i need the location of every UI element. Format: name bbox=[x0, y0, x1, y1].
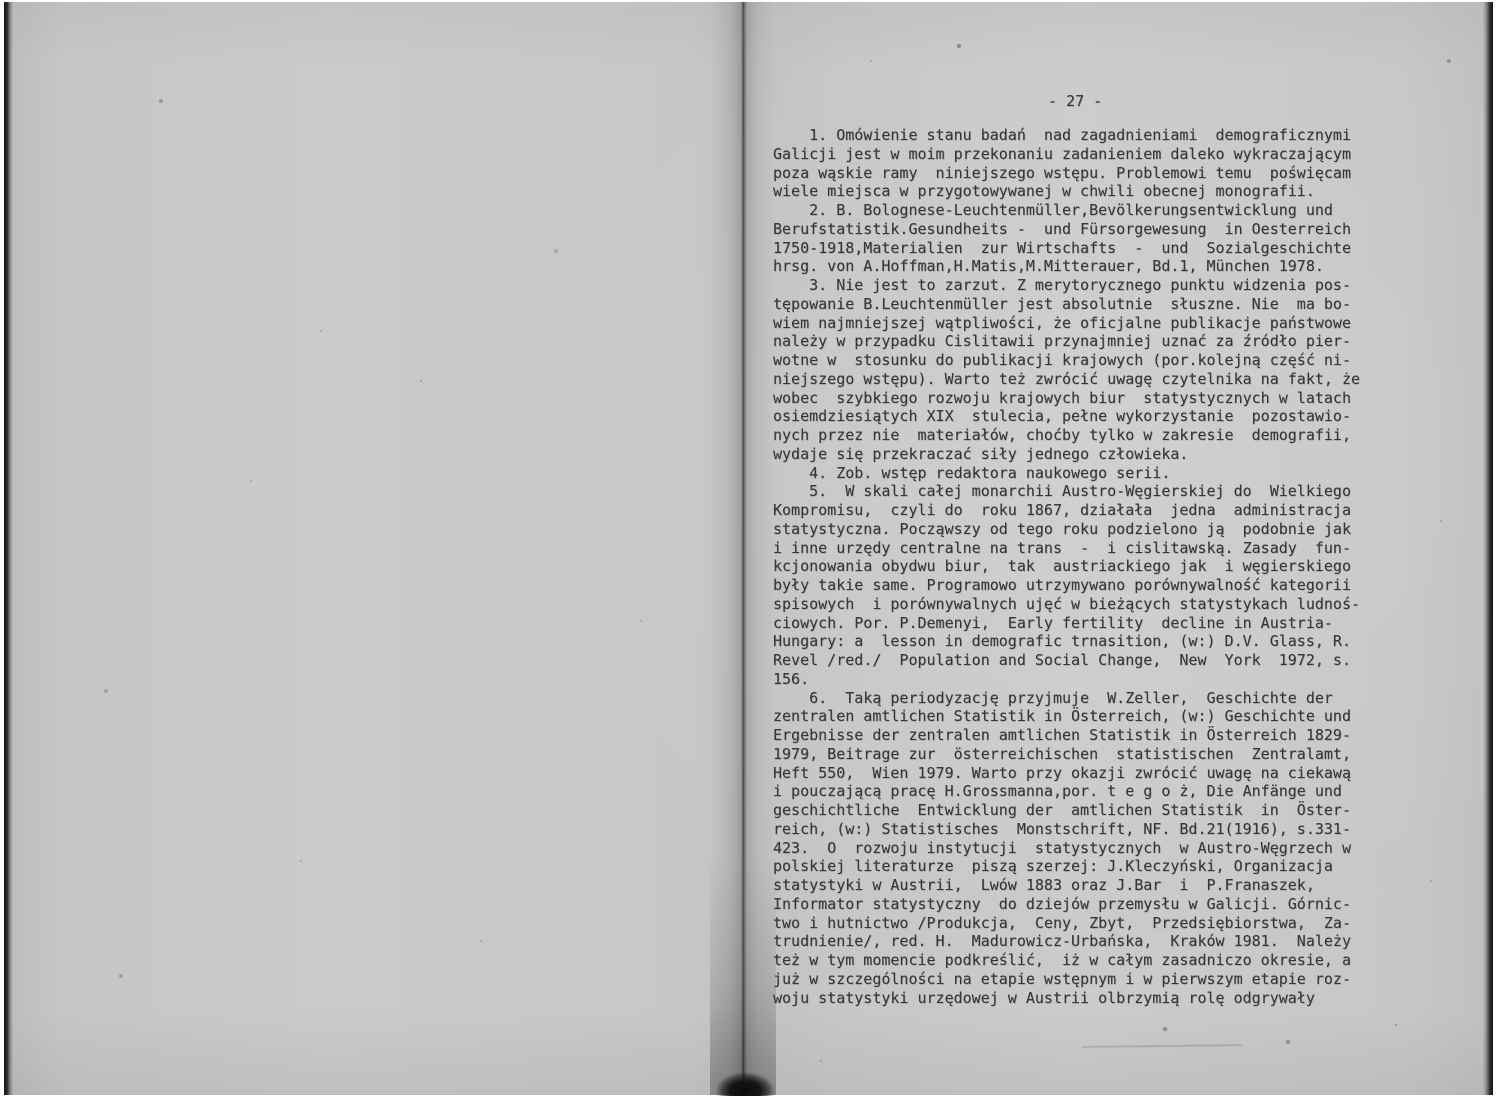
text-line: wydaje się przekraczać siły jednego czło… bbox=[773, 445, 1398, 464]
text-line: spisowych i porównywalnych ujęć w bieżąc… bbox=[773, 595, 1398, 614]
text-line: hrsg. von A.Hoffman,H.Matis,M.Mitterauer… bbox=[773, 257, 1398, 276]
text-line: polskiej literaturze piszą szerzej: J.Kl… bbox=[773, 857, 1398, 876]
text-line: Kompromisu, czyli do roku 1867, działała… bbox=[773, 501, 1398, 520]
book-scan: - 27 - 1. Omówienie stanu badań nad zaga… bbox=[0, 0, 1500, 1104]
text-line: woju statystyki urzędowej w Austrii olbr… bbox=[773, 989, 1398, 1008]
text-line: 156. bbox=[773, 670, 1398, 689]
text-line: wiem najmniejszej wątpliwości, że oficja… bbox=[773, 314, 1398, 333]
text-line: Heft 550, Wien 1979. Warto przy okazji z… bbox=[773, 764, 1398, 783]
text-line: kcjonowania obydwu biur, tak austriackie… bbox=[773, 557, 1398, 576]
text-line: były takie same. Programowo utrzymywano … bbox=[773, 576, 1398, 595]
text-line: zentralen amtlichen Statistik in Österre… bbox=[773, 707, 1398, 726]
text-line: Galicji jest w moim przekonaniu zadanien… bbox=[773, 145, 1398, 164]
text-line: Informator statystyczny do dziejów przem… bbox=[773, 895, 1398, 914]
paper-specks bbox=[0, 0, 2, 2]
text-line: 3. Nie jest to zarzut. Z merytorycznego … bbox=[773, 276, 1398, 295]
text-line: należy w przypadku Cislitawii przynajmni… bbox=[773, 332, 1398, 351]
text-line: 2. B. Bolognese-Leuchtenmüller,Bevölkeru… bbox=[773, 201, 1398, 220]
text-line: wiele miejsca w przygotowywanej w chwili… bbox=[773, 182, 1398, 201]
text-line: już w szczególności na etapie wstępnym i… bbox=[773, 970, 1398, 989]
text-line: reich, (w:) Statistisches Monstschrift, … bbox=[773, 820, 1398, 839]
page-edge-left bbox=[4, 2, 13, 1095]
text-line: ciowych. Por. P.Demenyi, Early fertility… bbox=[773, 614, 1398, 633]
footnotes-text-block: 1. Omówienie stanu badań nad zagadnienia… bbox=[773, 126, 1398, 1007]
text-line: 423. O rozwoju instytucji statystycznych… bbox=[773, 839, 1398, 858]
book-gutter-shadow bbox=[710, 2, 776, 1095]
text-line: Berufstatistik.Gesundheits - und Fürsorg… bbox=[773, 220, 1398, 239]
text-line: Hungary: a lesson in demografic trnasiti… bbox=[773, 632, 1398, 651]
text-line: tępowanie B.Leuchtenmüller jest absolutn… bbox=[773, 295, 1398, 314]
page-number: - 27 - bbox=[1048, 92, 1102, 110]
text-line: wobec szybkiego rozwoju krajowych biur s… bbox=[773, 389, 1398, 408]
text-line: Revel /red./ Population and Social Chang… bbox=[773, 651, 1398, 670]
text-line: niejszego wstępu). Warto też zwrócić uwa… bbox=[773, 370, 1398, 389]
text-line: statystyki w Austrii, Lwów 1883 oraz J.B… bbox=[773, 876, 1398, 895]
text-line: Ergebnisse der zentralen amtlichen Stati… bbox=[773, 726, 1398, 745]
text-line: 1979, Beitrage zur österreichischen stat… bbox=[773, 745, 1398, 764]
text-line: trudnienie/, red. H. Madurowicz-Urbańska… bbox=[773, 932, 1398, 951]
text-line: poza wąskie ramy niniejszego wstępu. Pro… bbox=[773, 164, 1398, 183]
text-line: 5. W skali całej monarchii Austro-Węgier… bbox=[773, 482, 1398, 501]
text-line: 4. Zob. wstęp redaktora naukowego serii. bbox=[773, 464, 1398, 483]
text-line: nych przez nie materiałów, choćby tylko … bbox=[773, 426, 1398, 445]
text-line: i inne urzędy centralne na trans - i cis… bbox=[773, 539, 1398, 558]
text-line: wotne w stosunku do publikacji krajowych… bbox=[773, 351, 1398, 370]
text-line: geschichtliche Entwicklung der amtlichen… bbox=[773, 801, 1398, 820]
text-line: i pouczającą pracę H.Grossmanna,por. t e… bbox=[773, 782, 1398, 801]
text-line: też w tym momencie podkreślić, iż w cały… bbox=[773, 951, 1398, 970]
text-line: 1. Omówienie stanu badań nad zagadnienia… bbox=[773, 126, 1398, 145]
page-edge-right bbox=[1483, 2, 1493, 1095]
gutter-bottom-shadow bbox=[712, 1052, 776, 1096]
text-line: osiemdziesiątych XIX stulecia, pełne wyk… bbox=[773, 407, 1398, 426]
text-line: statystyczna. Począwszy od tego roku pod… bbox=[773, 520, 1398, 539]
text-line: 6. Taką periodyzację przyjmuje W.Zeller,… bbox=[773, 689, 1398, 708]
text-line: two i hutnictwo /Produkcja, Ceny, Zbyt, … bbox=[773, 914, 1398, 933]
text-line: 1750-1918,Materialien zur Wirtschafts - … bbox=[773, 239, 1398, 258]
